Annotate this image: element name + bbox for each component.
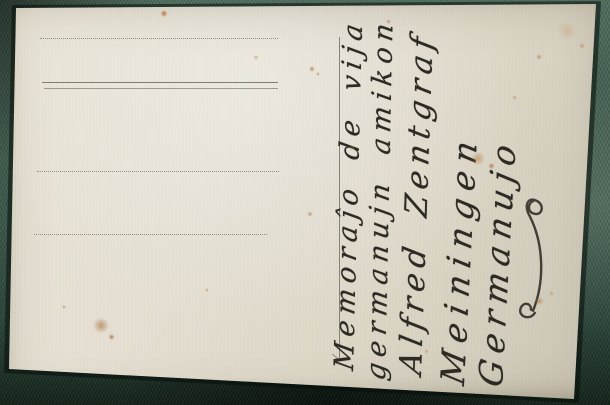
foxing-stain xyxy=(309,66,315,72)
address-rule-3 xyxy=(37,171,279,172)
postcard-back: Memoraĵo de vija germanujn amikon Alfred… xyxy=(0,0,610,405)
ink-flourish-swash xyxy=(487,181,552,324)
foxing-stain xyxy=(62,305,66,309)
foxing-stain xyxy=(108,334,115,340)
photo-of-postcard: Memoraĵo de vija germanujn amikon Alfred… xyxy=(0,0,610,405)
handwritten-inscription: Memoraĵo de vija germanujn amikon Alfred… xyxy=(333,8,573,400)
foxing-stain xyxy=(579,43,585,49)
address-rule-1 xyxy=(40,38,278,39)
foxing-stain xyxy=(160,10,168,17)
foxing-stain xyxy=(316,72,320,76)
inscription-line-3: Alfred Zentgraf xyxy=(393,28,441,377)
foxing-stain xyxy=(307,211,313,217)
foxing-stain xyxy=(205,288,209,292)
address-rule-2b xyxy=(44,88,278,89)
address-rule-2a xyxy=(42,82,278,83)
foxing-stain xyxy=(92,318,110,333)
address-rule-4 xyxy=(34,234,267,235)
foxing-stain xyxy=(253,55,259,60)
